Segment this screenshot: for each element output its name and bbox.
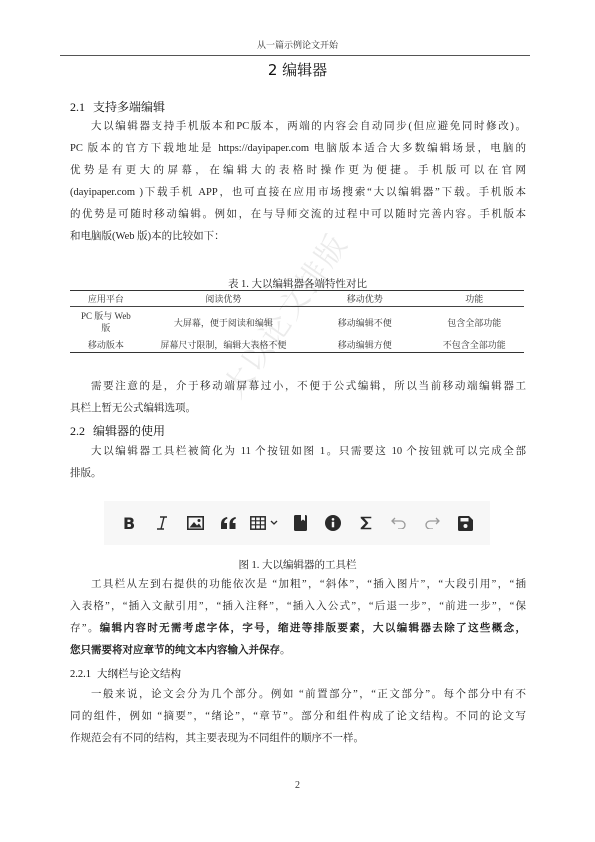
paragraph-line: (dayipaper.com )下载手机 APP，也可直接在应用市场搜索“大以编… [70,186,526,200]
paragraph-line: 需要注意的是，介于移动端屏幕过小，不便于公式编辑，所以当前移动端编辑器工 [70,380,526,394]
chevron-down-icon [270,520,278,526]
paragraph-line: PC 版本的官方下载地址是 https://dayipaper.com 电脑版本… [70,142,526,156]
block-quote-button [217,512,239,534]
save-icon [458,516,473,531]
insert-note-button [322,512,344,534]
subsection-heading-2-2-1: 2.2.1大纲栏与论文结构 [70,666,181,681]
table-cell-mobile: 移动编辑不便 [305,307,425,338]
column-header: 应用平台 [70,291,142,307]
quote-icon [221,517,236,529]
insert-citation-button [289,512,311,534]
table-cell-platform: PC 版与 Web版 [70,307,142,338]
table-cell-reading: 屏幕尺寸限制，编辑大表格不便 [142,337,305,353]
paragraph-line: 排版。 [70,467,526,481]
editor-toolbar-figure: B [104,501,490,545]
insert-formula-button [355,512,377,534]
save-button [454,512,476,534]
table-cell-mobile: 移动编辑方便 [305,337,425,353]
paragraph-line: 作规范会有不同的结构，其主要表现为不同组件的顺序不一样。 [70,732,526,746]
table-caption: 表 1. 大以编辑器各端特性对比 [0,276,595,291]
svg-text:B: B [123,515,135,531]
section-heading-2-2: 2.2编辑器的使用 [70,422,165,439]
paragraph-line: 存”。编辑内容时无需考虑字体，字号，缩进等排版要素，大以编辑器去除了这些概念， [70,622,526,636]
header-divider [60,55,530,56]
comparison-table: 应用平台 阅读优势 移动优势 功能 PC 版与 Web版 大屏幕，便于阅读和编辑… [70,290,524,353]
chapter-title: 2 编辑器 [0,59,595,80]
undo-button [388,512,410,534]
section-number: 2.1 [70,100,85,114]
info-icon [325,515,341,531]
table-cell-features: 不包含全部功能 [425,337,524,353]
redo-icon [424,517,440,529]
section-heading-2-1: 2.1支持多端编辑 [70,98,165,115]
section-number: 2.2 [70,424,85,438]
emphasis-text: 编辑内容时无需考虑字体，字号，缩进等排版要素，大以编辑器去除了这些概念， [100,623,526,634]
table-cell-reading: 大屏幕，便于阅读和编辑 [142,307,305,338]
figure-caption: 图 1. 大以编辑器的工具栏 [0,557,595,572]
paragraph-line: 同的组件，例如 “摘要”，“绪论”，“章节”。部分和组件构成了论文结构。不同的论… [70,710,526,724]
paragraph-line: 您只需要将对应章节的纯文本内容输入并保存。 [70,644,526,658]
paragraph-line: 具栏上暂无公式编辑选项。 [70,402,526,416]
column-header: 功能 [425,291,524,307]
paragraph-line: 大以编辑器工具栏被简化为 11 个按钮如图 1。只需要这 10 个按钮就可以完成… [70,445,526,459]
paragraph-line: 优势是有更大的屏幕，在编辑大的表格时操作更为便捷。手机版可以在官网 [70,164,526,178]
column-header: 移动优势 [305,291,425,307]
table-row: PC 版与 Web版 大屏幕，便于阅读和编辑 移动编辑不便 包含全部功能 [70,307,524,338]
bold-button: B [118,512,140,534]
redo-button [421,512,443,534]
paragraph-line: 入表格”，“插入文献引用”，“插入注释”，“插入入公式”，“后退一步”，“前进一… [70,600,526,614]
page-number: 2 [0,780,595,791]
sigma-icon [360,516,372,530]
bold-icon: B [122,515,136,531]
insert-table-button [250,516,278,530]
running-header: 从一篇示例论文开始 [0,38,595,51]
paragraph-line: 和电脑版(Web 版)本的比较如下： [70,230,526,244]
subsection-title: 大纲栏与论文结构 [97,668,181,680]
section-title: 支持多端编辑 [93,100,165,114]
text-run: 存”。 [70,623,100,634]
text-run: 。 [280,645,291,656]
cell-text: 版 [101,323,110,333]
emphasis-text: 您只需要将对应章节的纯文本内容输入并保存 [70,645,280,656]
italic-button [151,512,173,534]
citation-book-icon [294,515,307,531]
insert-image-button [184,512,206,534]
image-icon [187,516,204,530]
cell-text: PC 版与 Web [81,311,131,321]
paragraph-line: 工具栏从左到右提供的功能依次是 “加粗”，“斜体”，“插入图片”，“大段引用”，… [70,578,526,592]
table-row: 移动版本 屏幕尺寸限制，编辑大表格不便 移动编辑方便 不包含全部功能 [70,337,524,353]
table-icon [250,516,266,530]
paragraph-line: 大以编辑器支持手机版本和PC版本，两端的内容会自动同步(但应避免同时修改)。 [70,120,526,134]
paragraph-line: 一般来说，论文会分为几个部分。例如 “前置部分”，“正文部分”。每个部分中有不 [70,688,526,702]
undo-icon [391,517,407,529]
table-cell-features: 包含全部功能 [425,307,524,338]
column-header: 阅读优势 [142,291,305,307]
subsection-number: 2.2.1 [70,669,91,680]
section-title: 编辑器的使用 [93,424,165,438]
paragraph-line: 的优势是可随时移动编辑。例如，在与导师交流的过程中可以随时完善内容。手机版本 [70,208,526,222]
table-header-row: 应用平台 阅读优势 移动优势 功能 [70,291,524,307]
italic-icon [156,515,168,531]
table-cell-platform: 移动版本 [70,337,142,353]
